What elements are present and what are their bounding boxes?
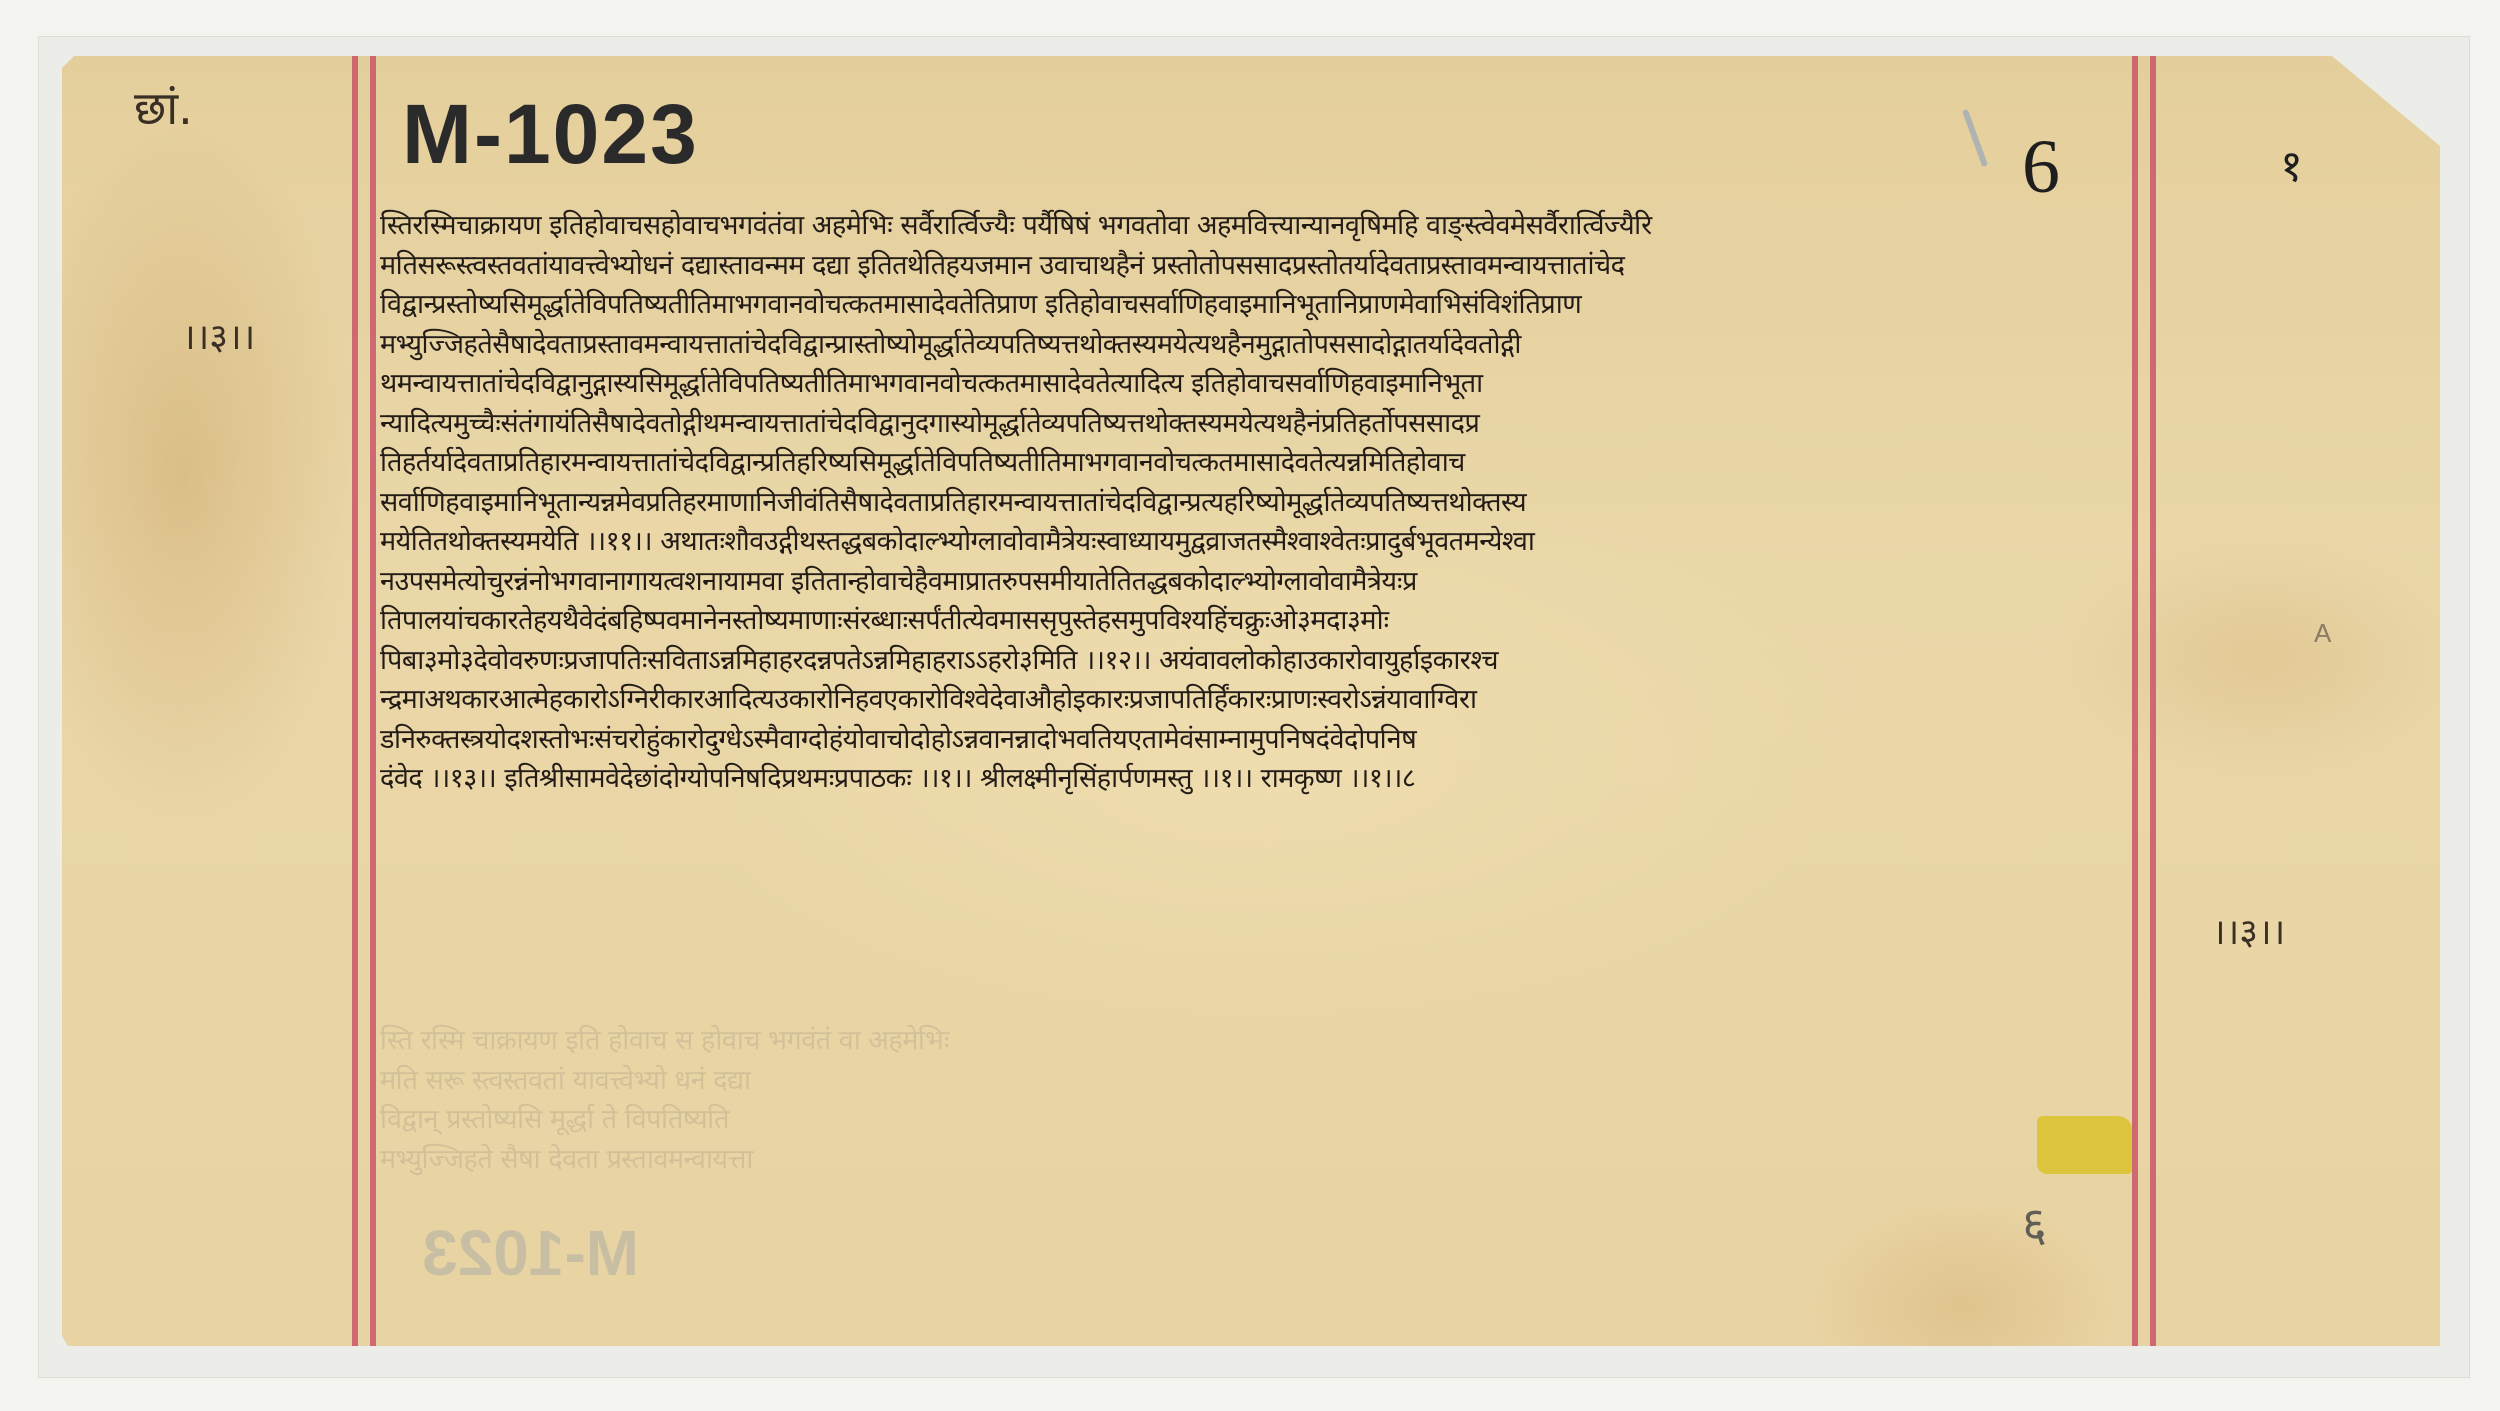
manuscript-text: स्तिरस्मिचाक्रायण इतिहोवाचसहोवाचभगवंतंवा… — [380, 206, 2132, 799]
bleed-line: विद्वान् प्रस्तोष्यसि मूर्द्धा ते विपतिष… — [380, 1100, 2130, 1140]
left-margin-rule-inner — [370, 56, 376, 1346]
text-line: नउपसमेत्योचुरन्नंनोभगवानागायत्वशनायामवा … — [380, 562, 2132, 602]
text-line: स्तिरस्मिचाक्रायण इतिहोवाचसहोवाचभगवंतंवा… — [380, 206, 2132, 246]
folio-number-right: ।।३।। — [2212, 906, 2285, 955]
bottom-page-mark: ६ — [2022, 1191, 2047, 1256]
catalog-number: M-1023 — [402, 86, 699, 183]
pencil-letter-mark: A — [2314, 618, 2331, 649]
text-line: डनिरुक्तस्त्रयोदशस्तोभःसंचरोहुंकारोदुग्ध… — [380, 720, 2132, 760]
yellow-pigment-patch — [2037, 1116, 2132, 1174]
text-line: थमन्वायत्तातांचेदविद्वानुद्गास्यसिमूर्द्… — [380, 364, 2132, 404]
corner-numeral: १ — [2280, 134, 2303, 194]
text-line: तिपालयांचकारतेहयथैवेदंबहिष्पवमानेनस्तोष्… — [380, 601, 2132, 641]
text-line: मभ्युज्जिहतेसैषादेवताप्रस्तावमन्वायत्तात… — [380, 325, 2132, 365]
bleed-line: स्ति रस्मि चाक्रायण इति होवाच स होवाच भग… — [380, 1021, 2130, 1061]
text-line: न्यादित्यमुच्चैःसंतंगायंतिसैषादेवतोद्गीथ… — [380, 404, 2132, 444]
pencil-tick-mark — [1962, 109, 1988, 167]
right-margin-rule-outer — [2150, 56, 2156, 1346]
folio-number-left: ।।३।। — [182, 311, 255, 360]
reverse-catalog-number: M-1023 — [422, 1216, 639, 1290]
text-line: विद्वान्प्रस्तोष्यसिमूर्द्धातेविपतिष्यती… — [380, 285, 2132, 325]
abbreviation-mark: छां. — [134, 76, 193, 138]
text-line: मतिसरूस्त्वस्तवतांयावत्त्वेभ्योधनं दद्या… — [380, 246, 2132, 286]
manuscript-folio: छां. M-1023 6 १ ।।३।। ।।३।। A स्तिरस्मिच… — [62, 56, 2440, 1346]
text-line: तिहर्तर्यादेवताप्रतिहारमन्वायत्तातांचेदव… — [380, 443, 2132, 483]
left-margin-rule-outer — [352, 56, 358, 1346]
bleed-line: मभ्युज्जिहते सैषा देवता प्रस्तावमन्वायत्… — [380, 1140, 2130, 1180]
page-number: 6 — [2022, 124, 2060, 211]
text-line: न्द्रमाअथकारआत्मेहकारोऽग्निरीकारआदित्यउक… — [380, 680, 2132, 720]
text-line: पिबा३मो३देवोवरुणःप्रजापतिःसविताऽन्नमिहाह… — [380, 641, 2132, 681]
text-line: सर्वाणिहवाइमानिभूतान्यन्नमेवप्रतिहरमाणान… — [380, 483, 2132, 523]
text-line: मयेतितथोक्तस्यमयेति ।।११।। अथातःशौवउद्गी… — [380, 522, 2132, 562]
text-line: दंवेद ।।१३।। इतिश्रीसामवेदेछांदोग्योपनिष… — [380, 759, 2132, 799]
bleed-through-text: स्ति रस्मि चाक्रायण इति होवाच स होवाच भग… — [380, 1021, 2130, 1179]
bleed-line: मति सरू स्त्वस्तवतां यावत्त्वेभ्यो धनं द… — [380, 1061, 2130, 1101]
right-margin-rule-inner — [2132, 56, 2138, 1346]
